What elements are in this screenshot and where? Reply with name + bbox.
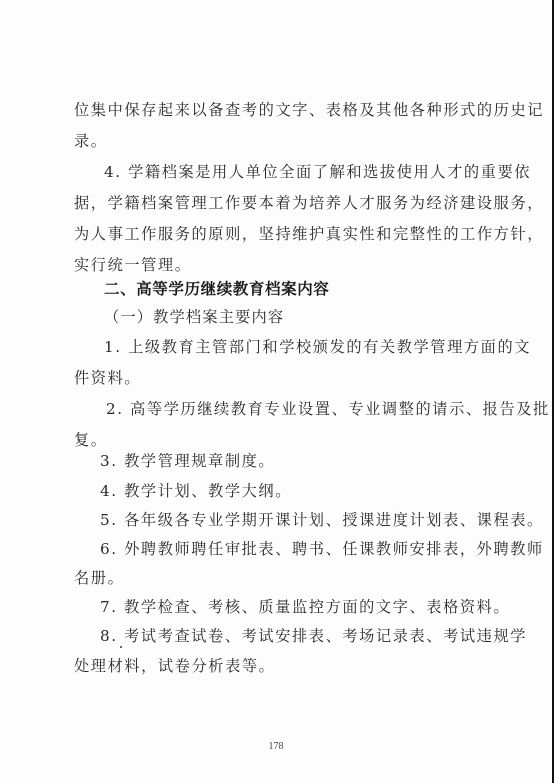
- list-item-line: 7. 教学检查、考核、质量监控方面的文字、表格资料。: [100, 597, 510, 617]
- paragraph-line: 位集中保存起来以备查考的文字、表格及其他各种形式的历史记: [74, 100, 544, 120]
- section-heading: 二、高等学历继续教育档案内容: [104, 279, 329, 299]
- list-item-line: 复。: [74, 430, 108, 450]
- list-item-line: 2. 高等学历继续教育专业设置、专业调整的请示、报告及批: [106, 399, 550, 419]
- paragraph-line: 为人事工作服务的原则，坚持维护真实性和完整性的工作方针，: [74, 224, 544, 244]
- list-item-line: 8. 考试考查试卷、考试安排表、考场记录表、考试违规学: [100, 626, 527, 646]
- list-item-line: 6. 外聘教师聘任审批表、聘书、任课教师安排表，外聘教师: [100, 539, 544, 559]
- stray-mark: [120, 646, 122, 648]
- document-page: 位集中保存起来以备查考的文字、表格及其他各种形式的历史记 录。 4. 学籍档案是…: [0, 0, 554, 783]
- list-item-line: 处理材料，试卷分析表等。: [74, 656, 275, 676]
- list-item-line: 5. 各年级各专业学期开课计划、授课进度计划表、课程表。: [100, 510, 544, 530]
- paragraph-line: 实行统一管理。: [74, 255, 192, 275]
- paragraph-line: 录。: [74, 131, 108, 151]
- list-item-line: 件资料。: [74, 368, 141, 388]
- list-item-line: 3. 教学管理规章制度。: [100, 451, 275, 471]
- list-item-line: 1. 上级教育主管部门和学校颁发的有关教学管理方面的文: [104, 337, 531, 357]
- paragraph-line: 4. 学籍档案是用人单位全面了解和选拔使用人才的重要依: [104, 162, 531, 182]
- paragraph-line: 据，学籍档案管理工作要本着为培养人才服务为经济建设服务，: [74, 193, 544, 213]
- list-item-line: 4. 教学计划、教学大纲。: [100, 481, 292, 501]
- subsection-heading: （一）教学档案主要内容: [104, 307, 284, 327]
- list-item-line: 名册。: [74, 568, 124, 588]
- page-number: 178: [0, 741, 552, 752]
